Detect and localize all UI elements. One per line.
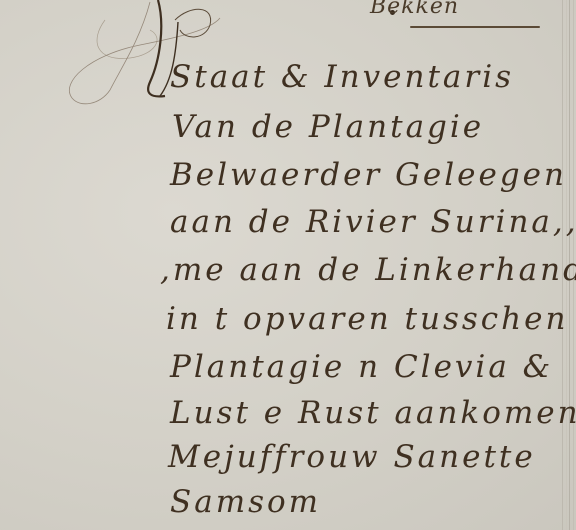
header-underline [410,26,540,28]
manuscript-page: Bekken Staat & Inventaris Van de Plantag… [0,0,576,530]
manuscript-line-8: Lust e Rust aankomende [170,398,576,429]
header-annotation: Bekken [370,0,459,19]
manuscript-line-9: Mejuffrouw Sanette [168,442,536,473]
manuscript-line-5: ,me aan de Linkerhand [160,255,576,286]
manuscript-line-10: Samsom [170,487,321,518]
manuscript-line-7: Plantagie n Clevia & [170,352,553,383]
manuscript-line-1: Staat & Inventaris [170,62,514,93]
manuscript-line-2: Van de Plantagie [172,112,484,143]
manuscript-line-6: in t opvaren tusschen de [166,304,576,335]
manuscript-line-4: aan de Rivier Surina,, [170,207,576,238]
manuscript-line-3: Belwaerder Geleegen [170,160,567,191]
